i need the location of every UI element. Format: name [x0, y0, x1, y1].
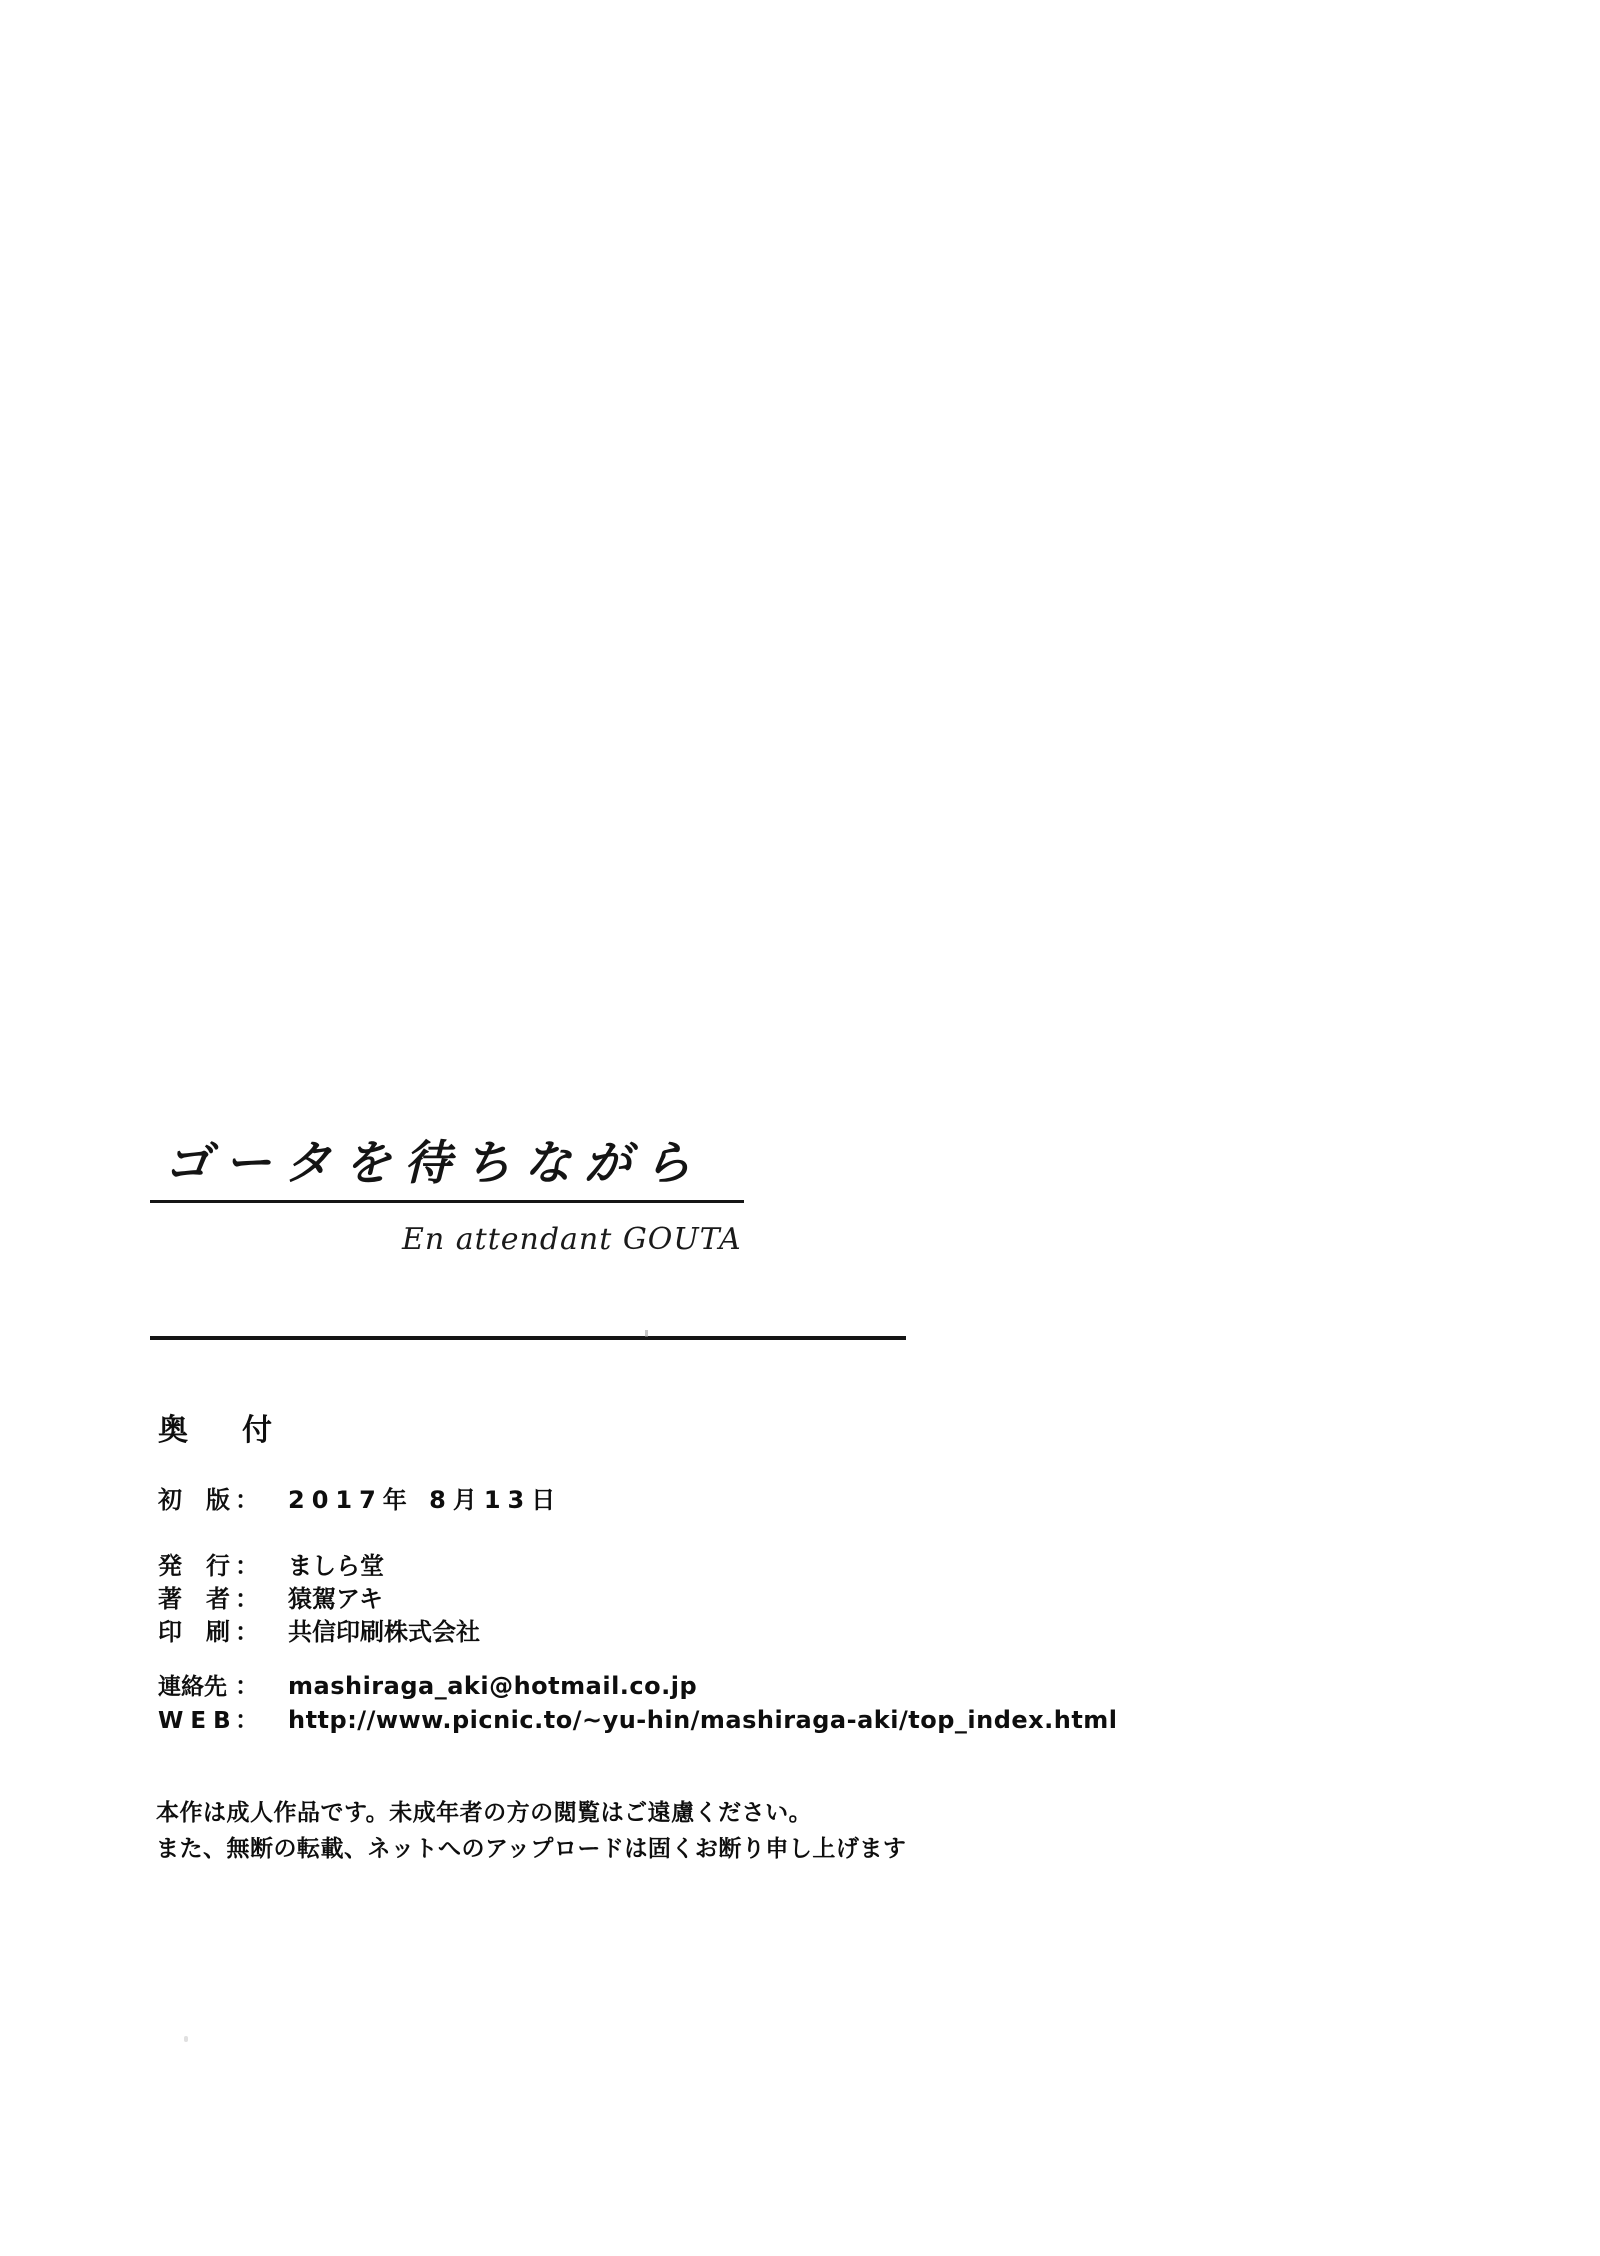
printer-name: 共信印刷株式会社: [288, 1620, 480, 1644]
row-colon: ：: [232, 1708, 262, 1732]
row-label: 著 者: [158, 1587, 232, 1611]
scan-speck: [645, 1330, 648, 1337]
book-title: ゴータを待ちながら: [150, 1138, 744, 1190]
colophon-row-publisher: 発 行 ： ましら堂: [158, 1554, 1118, 1578]
row-colon: ：: [232, 1554, 262, 1578]
colophon-row-contact: 連絡先 ： mashiraga_aki@hotmail.co.jp: [158, 1674, 1118, 1699]
row-label: 初 版: [158, 1488, 232, 1512]
author-name: 猿駕アキ: [288, 1587, 383, 1611]
colophon-row-first-edition: 初 版 ： 2017年 8月13日: [158, 1488, 1118, 1512]
first-edition-date: 2017年 8月13日: [288, 1488, 562, 1512]
contact-email: mashiraga_aki@hotmail.co.jp: [288, 1674, 697, 1698]
publisher-name: ましら堂: [288, 1554, 384, 1578]
horizontal-rule: [150, 1336, 906, 1340]
no-reupload-notice: また、無断の転載、ネットへのアップロードは固くお断り申し上げます: [156, 1838, 906, 1861]
scan-speck: [184, 2036, 188, 2042]
book-subtitle: En attendant GOUTA: [402, 1222, 742, 1257]
colophon-block: 奥 付 初 版 ： 2017年 8月13日 発 行 ： ましら堂 著 者 ： 猿…: [158, 1416, 1118, 1733]
row-label: 発 行: [158, 1554, 232, 1578]
adult-content-notice: 本作は成人作品です。未成年者の方の閲覧はご遠慮ください。: [156, 1802, 906, 1825]
row-colon: ：: [232, 1488, 262, 1512]
row-colon: ：: [232, 1620, 262, 1644]
row-label: 印 刷: [158, 1620, 232, 1644]
notices-block: 本作は成人作品です。未成年者の方の閲覧はご遠慮ください。 また、無断の転載、ネッ…: [156, 1802, 906, 1861]
colophon-page: ゴータを待ちながら En attendant GOUTA 奥 付 初 版 ： 2…: [0, 0, 1600, 2256]
row-colon: ：: [232, 1674, 262, 1698]
colophon-row-author: 著 者 ： 猿駕アキ: [158, 1587, 1118, 1611]
row-label: 連絡先: [158, 1676, 232, 1699]
title-underline-block: ゴータを待ちながら: [150, 1138, 744, 1203]
row-colon: ：: [232, 1587, 262, 1611]
colophon-row-web: WEB ： http://www.picnic.to/~yu-hin/mashi…: [158, 1708, 1118, 1733]
colophon-heading: 奥 付: [158, 1416, 1118, 1446]
row-label: WEB: [158, 1710, 232, 1733]
website-url: http://www.picnic.to/~yu-hin/mashiraga-a…: [288, 1708, 1118, 1732]
colophon-row-printer: 印 刷 ： 共信印刷株式会社: [158, 1620, 1118, 1644]
